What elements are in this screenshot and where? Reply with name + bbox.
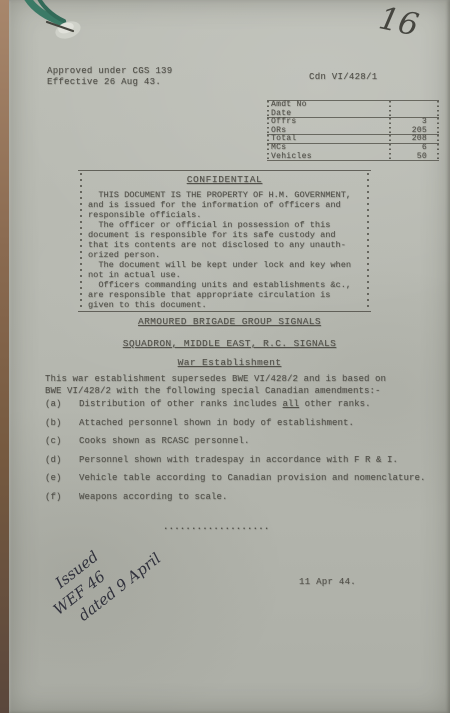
document-date: 11 Apr 44. <box>299 577 356 587</box>
approval-note: Approved under CGS 139 Effective 26 Aug … <box>47 66 172 88</box>
item-id: (c) <box>45 436 79 446</box>
confidential-line: document is responsible for its safe cus… <box>88 230 361 240</box>
item-text-pre: Distribution of other ranks includes <box>79 399 283 409</box>
handwritten-note: Issued WEF 46 dated 9 April <box>37 517 165 635</box>
row-value: 208 <box>391 135 437 143</box>
confidential-line: The document will be kept under lock and… <box>88 260 361 270</box>
table-row: Amdt No <box>267 101 439 110</box>
item-text: Vehicle table according to Canadian prov… <box>79 473 426 483</box>
item-text-pre: Personnel shown with tradespay in accord… <box>79 455 398 465</box>
item-text: Personnel shown with tradespay in accord… <box>79 455 398 465</box>
table-border <box>437 135 439 143</box>
table-border <box>437 144 439 153</box>
squadron-title: SQUADRON, MIDDLE EAST, R.C. SIGNALS <box>9 338 450 349</box>
amendments-list: (a) Distribution of other ranks includes… <box>45 399 441 510</box>
item-text: Attached personnel shown in body of esta… <box>79 418 354 428</box>
document-page: 16 Approved under CGS 139 Effective 26 A… <box>9 0 450 713</box>
list-item: (e) Vehicle table according to Canadian … <box>45 473 441 483</box>
row-value <box>391 110 437 118</box>
document-type-title: War Establishment <box>9 357 450 368</box>
intro-line-2: BWE VI/428/2 with the following special … <box>45 386 381 396</box>
photo-background: 16 Approved under CGS 139 Effective 26 A… <box>0 0 450 713</box>
list-item: (a) Distribution of other ranks includes… <box>45 399 441 409</box>
confidential-line: orized person. <box>88 250 361 260</box>
item-text-pre: Weapons according to scale. <box>79 492 228 502</box>
item-id: (d) <box>45 455 79 465</box>
intro-paragraph: This war establishment supersedes BWE VI… <box>45 374 386 397</box>
confidential-line: that its contents are not disclosed to a… <box>88 240 361 250</box>
item-text-pre: Attached personnel shown in body of esta… <box>79 418 354 428</box>
row-value: 6 <box>391 144 437 153</box>
confidential-line: not in actual use. <box>88 270 361 280</box>
table-border <box>437 118 439 127</box>
dotted-separator: ................... <box>163 522 269 532</box>
strength-summary-table: Amdt No Date Offrs 3 ORs <box>267 100 439 161</box>
item-text: Weapons according to scale. <box>79 492 228 502</box>
table-row: Vehicles 50 <box>267 153 439 162</box>
confidential-line: The officer or official in possession of… <box>88 220 361 230</box>
confidential-title: CONFIDENTIAL <box>88 174 361 185</box>
item-text-pre: Vehicle table according to Canadian prov… <box>79 473 426 483</box>
table-row: Total 208 <box>267 135 439 144</box>
row-label: Vehicles <box>269 153 389 161</box>
table-border <box>437 153 439 161</box>
item-text-post: other ranks. <box>299 399 371 409</box>
confidential-line: Officers commanding units and establishm… <box>88 280 361 290</box>
row-label: Offrs <box>269 118 389 127</box>
item-id: (f) <box>45 492 79 502</box>
approval-line-1: Approved under CGS 139 <box>47 66 172 76</box>
table-border <box>437 110 439 118</box>
unit-title: ARMOURED BRIGADE GROUP SIGNALS <box>9 316 450 327</box>
list-item: (b) Attached personnel shown in body of … <box>45 418 441 428</box>
approval-line-2: Effective 26 Aug 43. <box>47 77 161 87</box>
intro-line-1: This war establishment supersedes BWE VI… <box>45 374 386 384</box>
item-text: Cooks shown as RCASC personnel. <box>79 436 250 446</box>
document-reference: Cdn VI/428/1 <box>309 72 377 82</box>
item-id: (e) <box>45 473 79 483</box>
list-item: (f) Weapons according to scale. <box>45 492 441 502</box>
table-border <box>437 101 439 110</box>
handwritten-page-number: 16 <box>376 0 422 43</box>
row-value <box>391 101 437 110</box>
confidential-line: are responsible that appropriate circula… <box>88 290 361 300</box>
item-text: Distribution of other ranks includes all… <box>79 399 371 409</box>
item-text-underlined: all <box>283 399 300 409</box>
confidential-line: responsible officials. <box>88 210 361 220</box>
row-label: Total <box>269 135 389 143</box>
treasury-tag <box>9 0 119 60</box>
confidential-notice-box: CONFIDENTIAL THIS DOCUMENT IS THE PROPER… <box>78 170 371 312</box>
row-value: 50 <box>391 153 437 161</box>
confidential-line: given to this document. <box>88 300 361 310</box>
table-border <box>437 127 439 135</box>
list-item: (c) Cooks shown as RCASC personnel. <box>45 436 441 446</box>
confidential-line: and is issued for the information of off… <box>88 200 361 210</box>
list-item: (d) Personnel shown with tradespay in ac… <box>45 455 441 465</box>
item-text-pre: Cooks shown as RCASC personnel. <box>79 436 250 446</box>
item-id: (a) <box>45 399 79 409</box>
confidential-line: THIS DOCUMENT IS THE PROPERTY OF H.M. GO… <box>88 190 361 200</box>
item-id: (b) <box>45 418 79 428</box>
